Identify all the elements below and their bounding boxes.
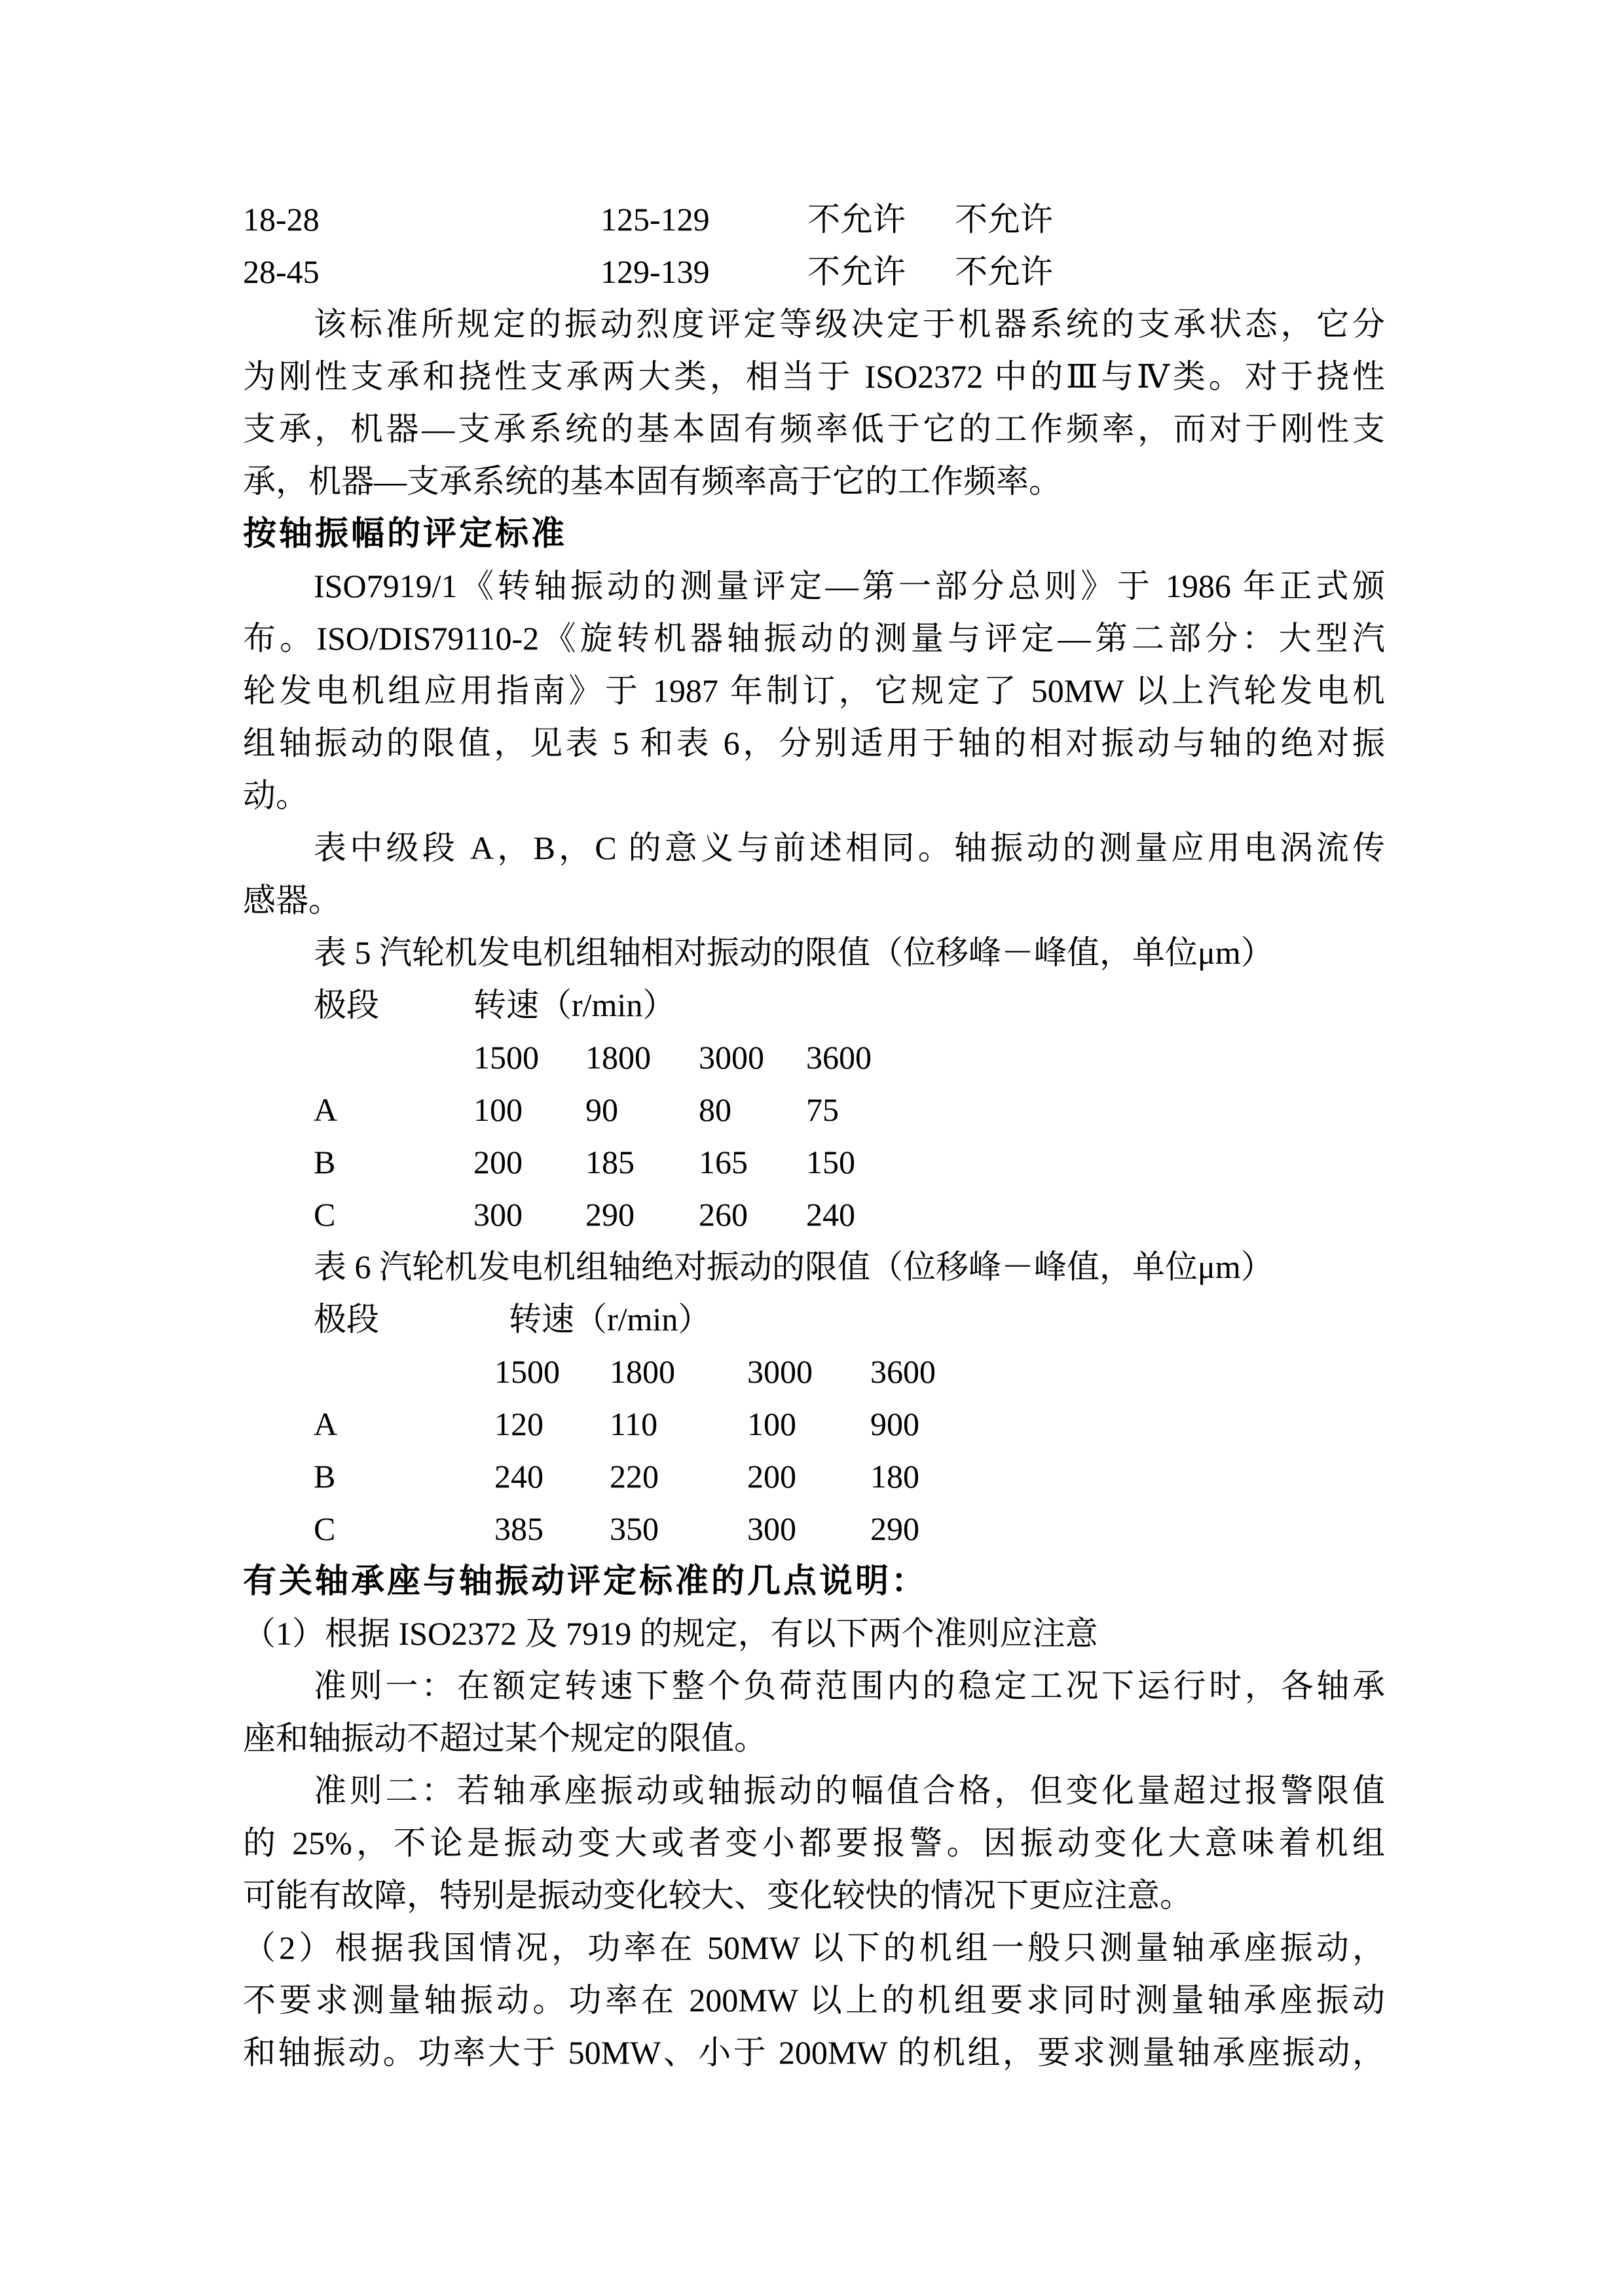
intro-row2-flag2: 不允许 — [955, 246, 1053, 298]
table5-col-label: 极段 — [314, 979, 379, 1031]
paragraph-line: 为刚性支承和挠性支承两大类，相当于 ISO2372 中的Ⅲ与Ⅳ类。对于挠性 — [243, 350, 1385, 403]
paragraph-line: 承，机器—支承系统的基本固有频率高于它的工作频率。 — [243, 455, 1385, 507]
table6-value: 290 — [870, 1503, 919, 1555]
section-heading-notes: 有关轴承座与轴振动评定标准的几点说明： — [243, 1555, 1385, 1607]
intro-row1-range: 18-28 — [243, 193, 320, 246]
paragraph-line: 不要求测量轴振动。功率在 200MW 以上的机组要求同时测量轴承座振动 — [243, 1974, 1385, 2026]
intro-row1-flag1: 不允许 — [807, 193, 906, 246]
intro-row2-range: 28-45 — [243, 246, 320, 298]
paragraph-line: 感器。 — [243, 874, 1385, 926]
table6-value: 110 — [610, 1398, 657, 1450]
paragraph-line: 动。 — [243, 769, 1385, 822]
table6-value: 220 — [610, 1450, 659, 1503]
paragraph-line: ISO7919/1《转轴振动的测量评定—第一部分总则》于 1986 年正式颁 — [243, 560, 1385, 612]
table5-caption: 表 5 汽轮机发电机组轴相对振动的限值（位移峰－峰值，单位μm） — [243, 926, 1385, 979]
table6-row-B: B 240 220 200 180 — [243, 1450, 1385, 1503]
table5-speed: 1500 — [473, 1031, 539, 1084]
table6-value: 900 — [870, 1398, 919, 1450]
table6-speed: 3000 — [747, 1345, 813, 1398]
paragraph-line: 轮发电机组应用指南》于 1987 年制订，它规定了 50MW 以上汽轮发电机 — [243, 665, 1385, 717]
table6-header: 极段 转速（r/min） — [243, 1293, 1385, 1345]
intro-row1-value: 125-129 — [600, 193, 710, 246]
table6-caption: 表 6 汽轮机发电机组轴绝对振动的限值（位移峰－峰值，单位μm） — [243, 1241, 1385, 1293]
table5-row-label: C — [314, 1188, 335, 1241]
table6-row-A: A 120 110 100 900 — [243, 1398, 1385, 1450]
intro-table-row: 18-28 125-129 不允许 不允许 — [243, 193, 1385, 246]
table6-col-label: 极段 — [314, 1293, 379, 1345]
intro-row2-value: 129-139 — [600, 246, 710, 298]
table6-speed: 1500 — [494, 1345, 560, 1398]
table6-value: 300 — [747, 1503, 796, 1555]
table6-value: 385 — [494, 1503, 544, 1555]
paragraph-line: 的 25%，不论是振动变大或者变小都要报警。因振动变化大意味着机组 — [243, 1817, 1385, 1869]
table6-speeds-row: 1500 1800 3000 3600 — [243, 1345, 1385, 1398]
table5-speeds-row: 1500 1800 3000 3600 — [243, 1031, 1385, 1084]
paragraph-line: 该标准所规定的振动烈度评定等级决定于机器系统的支承状态，它分 — [243, 298, 1385, 350]
intro-table-row: 28-45 129-139 不允许 不允许 — [243, 246, 1385, 298]
table5-value: 75 — [806, 1084, 839, 1136]
table5-row-A: A 100 90 80 75 — [243, 1084, 1385, 1136]
table5-row-label: B — [314, 1136, 335, 1188]
paragraph-line: 组轴振动的限值，见表 5 和表 6，分别适用于轴的相对振动与轴的绝对振 — [243, 717, 1385, 769]
table6-row-C: C 385 350 300 290 — [243, 1503, 1385, 1555]
table5-speed: 3600 — [806, 1031, 872, 1084]
section-heading-shaft-amplitude: 按轴振幅的评定标准 — [243, 507, 1385, 560]
table6-value: 100 — [747, 1398, 796, 1450]
paragraph-line: 和轴振动。功率大于 50MW、小于 200MW 的机组，要求测量轴承座振动， — [243, 2026, 1385, 2079]
paragraph-line: 准则一：在额定转速下整个负荷范围内的稳定工况下运行时，各轴承 — [243, 1660, 1385, 1712]
table6-value: 200 — [747, 1450, 796, 1503]
table5-row-label: A — [314, 1084, 337, 1136]
table5-row-C: C 300 290 260 240 — [243, 1188, 1385, 1241]
table5-speed: 3000 — [699, 1031, 764, 1084]
paragraph-line: 布。ISO/DIS79110-2《旋转机器轴振动的测量与评定—第二部分：大型汽 — [243, 612, 1385, 665]
table5-speed: 1800 — [585, 1031, 651, 1084]
table6-row-label: A — [314, 1398, 337, 1450]
table5-value: 80 — [699, 1084, 731, 1136]
paragraph-line: 表中级段 A，B，C 的意义与前述相同。轴振动的测量应用电涡流传 — [243, 822, 1385, 874]
table5-value: 100 — [473, 1084, 523, 1136]
document-page: 18-28 125-129 不允许 不允许 28-45 129-139 不允许 … — [0, 0, 1624, 2296]
table5-value: 150 — [806, 1136, 855, 1188]
table6-value: 350 — [610, 1503, 659, 1555]
paragraph-line: 准则二：若轴承座振动或轴振动的幅值合格，但变化量超过报警限值 — [243, 1764, 1385, 1817]
table5-value: 165 — [699, 1136, 748, 1188]
table6-row-label: C — [314, 1503, 335, 1555]
table6-value: 240 — [494, 1450, 544, 1503]
table5-value: 185 — [585, 1136, 635, 1188]
paragraph-line: （2）根据我国情况，功率在 50MW 以下的机组一般只测量轴承座振动， — [243, 1922, 1385, 1974]
table5-value: 300 — [473, 1188, 523, 1241]
paragraph-line: 可能有故障，特别是振动变化较大、变化较快的情况下更应注意。 — [243, 1869, 1385, 1922]
paragraph-line: 座和轴振动不超过某个规定的限值。 — [243, 1712, 1385, 1764]
table5-speed-label: 转速（r/min） — [473, 979, 675, 1031]
table5-value: 200 — [473, 1136, 523, 1188]
intro-row1-flag2: 不允许 — [955, 193, 1053, 246]
table5-value: 240 — [806, 1188, 855, 1241]
table6-row-label: B — [314, 1450, 335, 1503]
table6-value: 120 — [494, 1398, 544, 1450]
table5-value: 260 — [699, 1188, 748, 1241]
table5-row-B: B 200 185 165 150 — [243, 1136, 1385, 1188]
table6-speed: 3600 — [870, 1345, 936, 1398]
paragraph-line: （1）根据 ISO2372 及 7919 的规定，有以下两个准则应注意 — [243, 1607, 1385, 1660]
intro-row2-flag1: 不允许 — [807, 246, 906, 298]
table5-value: 90 — [585, 1084, 618, 1136]
table6-speed-label: 转速（r/min） — [509, 1293, 710, 1345]
table5-header: 极段 转速（r/min） — [243, 979, 1385, 1031]
table5-value: 290 — [585, 1188, 635, 1241]
table6-speed: 1800 — [610, 1345, 675, 1398]
paragraph-line: 支承，机器—支承系统的基本固有频率低于它的工作频率，而对于刚性支 — [243, 403, 1385, 455]
table6-value: 180 — [870, 1450, 919, 1503]
